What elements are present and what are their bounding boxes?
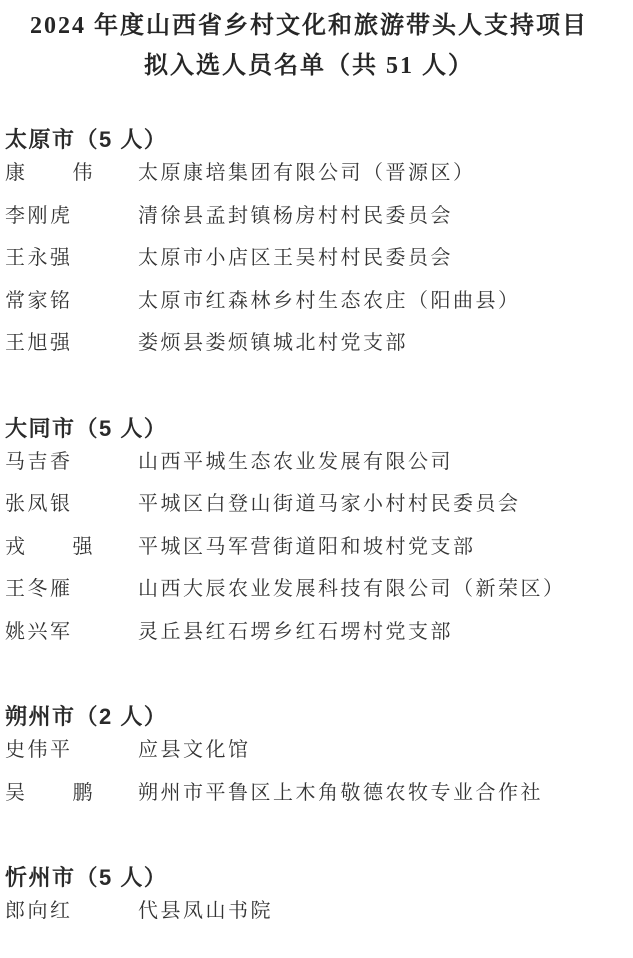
document-title-line2: 拟入选人员名单（共 51 人） <box>5 46 613 86</box>
section-heading-taiyuan: 太原市（5 人） <box>5 128 613 152</box>
person-org: 山西大辰农业发展科技有限公司（新荣区） <box>138 568 613 611</box>
person-org: 娄烦县娄烦镇城北村党支部 <box>138 322 613 365</box>
person-name: 王旭强 <box>5 322 138 365</box>
person-name: 史伟平 <box>5 729 138 772</box>
person-name: 马吉香 <box>5 441 138 484</box>
person-org: 应县文化馆 <box>138 729 613 772</box>
person-org: 太原市红森林乡村生态农庄（阳曲县） <box>138 280 613 323</box>
section-heading-shuozhou: 朔州市（2 人） <box>5 705 613 729</box>
person-org: 灵丘县红石塄乡红石塄村党支部 <box>138 611 613 654</box>
table-row: 王旭强 娄烦县娄烦镇城北村党支部 <box>5 322 613 365</box>
document-page: 2024 年度山西省乡村文化和旅游带头人支持项目 拟入选人员名单（共 51 人）… <box>0 0 633 958</box>
person-name: 吴 鹏 <box>5 772 138 815</box>
person-name: 郎向红 <box>5 890 138 933</box>
person-name: 王永强 <box>5 237 138 280</box>
person-org: 代县凤山书院 <box>138 890 613 933</box>
table-row: 常家铭 太原市红森林乡村生态农庄（阳曲县） <box>5 280 613 323</box>
person-name: 王冬雁 <box>5 568 138 611</box>
person-org: 朔州市平鲁区上木角敬德农牧专业合作社 <box>138 772 613 815</box>
table-row: 张凤银 平城区白登山街道马家小村村民委员会 <box>5 483 613 526</box>
section-xinzhou: 忻州市（5 人） 郎向红 代县凤山书院 <box>5 866 613 933</box>
table-row: 戎 强 平城区马军营街道阳和坡村党支部 <box>5 526 613 569</box>
table-row: 康 伟 太原康培集团有限公司（晋源区） <box>5 152 613 195</box>
section-heading-datong: 大同市（5 人） <box>5 417 613 441</box>
table-row: 王冬雁 山西大辰农业发展科技有限公司（新荣区） <box>5 568 613 611</box>
person-name: 康 伟 <box>5 152 138 195</box>
person-name: 姚兴军 <box>5 611 138 654</box>
person-name: 戎 强 <box>5 526 138 569</box>
document-title: 2024 年度山西省乡村文化和旅游带头人支持项目 拟入选人员名单（共 51 人） <box>5 6 613 86</box>
table-row: 马吉香 山西平城生态农业发展有限公司 <box>5 441 613 484</box>
section-datong: 大同市（5 人） 马吉香 山西平城生态农业发展有限公司 张凤银 平城区白登山街道… <box>5 417 613 654</box>
table-row: 姚兴军 灵丘县红石塄乡红石塄村党支部 <box>5 611 613 654</box>
section-shuozhou: 朔州市（2 人） 史伟平 应县文化馆 吴 鹏 朔州市平鲁区上木角敬德农牧专业合作… <box>5 705 613 814</box>
person-org: 山西平城生态农业发展有限公司 <box>138 441 613 484</box>
person-org: 清徐县孟封镇杨房村村民委员会 <box>138 195 613 238</box>
table-row: 李刚虎 清徐县孟封镇杨房村村民委员会 <box>5 195 613 238</box>
table-row: 郎向红 代县凤山书院 <box>5 890 613 933</box>
person-org: 平城区白登山街道马家小村村民委员会 <box>138 483 613 526</box>
section-heading-xinzhou: 忻州市（5 人） <box>5 866 613 890</box>
table-row: 吴 鹏 朔州市平鲁区上木角敬德农牧专业合作社 <box>5 772 613 815</box>
person-org: 太原康培集团有限公司（晋源区） <box>138 152 613 195</box>
table-row: 王永强 太原市小店区王吴村村民委员会 <box>5 237 613 280</box>
person-name: 李刚虎 <box>5 195 138 238</box>
document-title-line1: 2024 年度山西省乡村文化和旅游带头人支持项目 <box>5 6 613 46</box>
person-org: 平城区马军营街道阳和坡村党支部 <box>138 526 613 569</box>
section-taiyuan: 太原市（5 人） 康 伟 太原康培集团有限公司（晋源区） 李刚虎 清徐县孟封镇杨… <box>5 128 613 365</box>
table-row: 史伟平 应县文化馆 <box>5 729 613 772</box>
person-name: 张凤银 <box>5 483 138 526</box>
person-org: 太原市小店区王吴村村民委员会 <box>138 237 613 280</box>
person-name: 常家铭 <box>5 280 138 323</box>
